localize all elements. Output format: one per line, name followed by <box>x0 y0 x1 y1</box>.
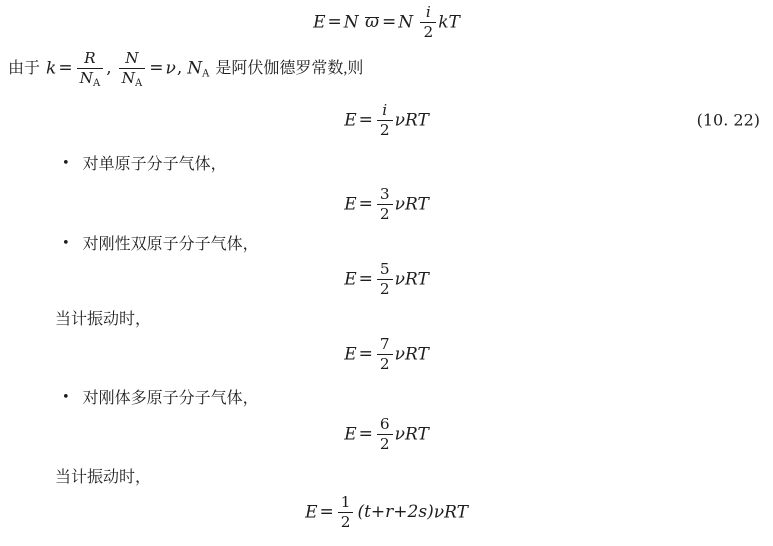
equation-parenthetical: (t+r+2s) <box>357 502 433 522</box>
equation-rhs: νRT <box>434 502 468 522</box>
equals-sign: = <box>149 58 163 78</box>
fraction-denominator: 2 <box>377 205 393 223</box>
equation-rhs: νRT <box>395 344 429 364</box>
bullet-icon: • <box>62 156 70 171</box>
equation-rhs: νRT <box>395 110 429 130</box>
equals-sign: = <box>359 194 373 214</box>
fraction-numerator: R <box>77 50 104 69</box>
subscript-A: A <box>93 78 100 89</box>
equals-sign: = <box>359 424 373 444</box>
fraction-denominator: 2 <box>377 435 393 453</box>
bullet-item-diatomic: •对刚性双原子分子气体， <box>0 231 773 254</box>
equation-top: E=N ω=N i2kT <box>0 4 773 41</box>
equation-rhs: νRT <box>395 424 429 444</box>
equation-polyatomic: E=62νRT <box>0 416 773 453</box>
equation-diatomic: E=52νRT <box>0 261 773 298</box>
omega-bar: ω <box>364 12 380 32</box>
equals-sign: = <box>382 12 396 32</box>
fraction-denominator: 2 <box>377 280 393 298</box>
var-E: E <box>305 502 317 522</box>
equation-rhs: νRT <box>395 194 429 214</box>
var-N: N <box>344 12 359 32</box>
comma: , <box>106 58 111 78</box>
text-line-vibration-2: 当计振动时， <box>0 464 773 487</box>
bullet-label: 对刚性双原子分子气体， <box>83 236 259 253</box>
fraction: 62 <box>377 416 393 453</box>
equals-sign: = <box>319 502 333 522</box>
fraction-R-over-NA: RNA <box>77 50 104 89</box>
equation-diatomic-vibration: E=72νRT <box>0 336 773 373</box>
equation-number: (10. 22) <box>697 111 760 130</box>
fraction-numerator: 6 <box>377 416 393 435</box>
intro-line: 由于k=RNA,NNA=ν,NA是阿伏伽德罗常数,则 <box>0 50 773 89</box>
var-omega: ω <box>365 12 379 32</box>
equals-sign: = <box>359 269 373 289</box>
var-N: N <box>187 58 202 78</box>
equation-rhs: kT <box>438 12 460 32</box>
fraction-numerator: 5 <box>377 261 393 280</box>
intro-prefix: 由于 <box>8 60 40 77</box>
subscript-A: A <box>135 78 142 89</box>
var-E: E <box>344 110 356 130</box>
fraction: i2 <box>377 102 393 139</box>
equation-general-vibration: E=12(t+r+2s)νRT <box>0 494 773 531</box>
equation-content: E=i2νRT <box>344 102 429 139</box>
fraction: 52 <box>377 261 393 298</box>
equation-content: E=32νRT <box>344 186 429 223</box>
fraction-denominator: 2 <box>338 513 354 531</box>
fraction-numerator: 3 <box>377 186 393 205</box>
var-E: E <box>344 269 356 289</box>
fraction: 32 <box>377 186 393 223</box>
var-E: E <box>344 424 356 444</box>
equation-content: E=N ω=N i2kT <box>313 4 460 41</box>
fraction: i2 <box>420 4 436 41</box>
textbook-page: E=N ω=N i2kT 由于k=RNA,NNA=ν,NA是阿伏伽德罗常数,则 … <box>0 0 773 546</box>
fraction-numerator: i <box>420 4 436 23</box>
var-N: N <box>122 69 135 87</box>
text-label: 当计振动时， <box>55 469 151 486</box>
var-nu: ν <box>165 58 175 78</box>
intro-suffix: 是阿伏伽德罗常数,则 <box>215 60 363 77</box>
equals-sign: = <box>58 58 72 78</box>
var-N: N <box>80 69 93 87</box>
equation-content: E=12(t+r+2s)νRT <box>305 494 468 531</box>
var-k: k <box>46 58 56 78</box>
equation-content: E=52νRT <box>344 261 429 298</box>
bullet-label: 对刚体多原子分子气体， <box>83 390 259 407</box>
fraction-denominator: 2 <box>377 121 393 139</box>
fraction-denominator: NA <box>77 69 104 89</box>
fraction-denominator: 2 <box>377 355 393 373</box>
fraction-numerator: i <box>377 102 393 121</box>
text-line-vibration-1: 当计振动时， <box>0 306 773 329</box>
var-E: E <box>344 194 356 214</box>
fraction: 12 <box>338 494 354 531</box>
equation-10-22: E=i2νRT (10. 22) <box>0 102 773 139</box>
fraction-denominator: 2 <box>420 23 436 41</box>
bullet-item-polyatomic: •对刚体多原子分子气体， <box>0 385 773 408</box>
fraction-denominator: NA <box>119 69 146 89</box>
equation-content: E=62νRT <box>344 416 429 453</box>
comma: , <box>177 58 182 78</box>
bullet-item-monoatomic: •对单原子分子气体， <box>0 151 773 174</box>
equals-sign: = <box>359 110 373 130</box>
var-N: N <box>398 12 413 32</box>
text-label: 当计振动时， <box>55 311 151 328</box>
equals-sign: = <box>359 344 373 364</box>
fraction: 72 <box>377 336 393 373</box>
subscript-A: A <box>202 68 209 79</box>
bullet-icon: • <box>62 390 70 405</box>
fraction-numerator: 1 <box>338 494 354 513</box>
fraction-N-over-NA: NNA <box>119 50 146 89</box>
bullet-icon: • <box>62 236 70 251</box>
equation-monoatomic: E=32νRT <box>0 186 773 223</box>
bullet-label: 对单原子分子气体， <box>83 156 227 173</box>
var-E: E <box>313 12 325 32</box>
equation-rhs: νRT <box>395 269 429 289</box>
fraction-numerator: 7 <box>377 336 393 355</box>
equals-sign: = <box>328 12 342 32</box>
var-E: E <box>344 344 356 364</box>
equation-content: E=72νRT <box>344 336 429 373</box>
fraction-numerator: N <box>119 50 146 69</box>
